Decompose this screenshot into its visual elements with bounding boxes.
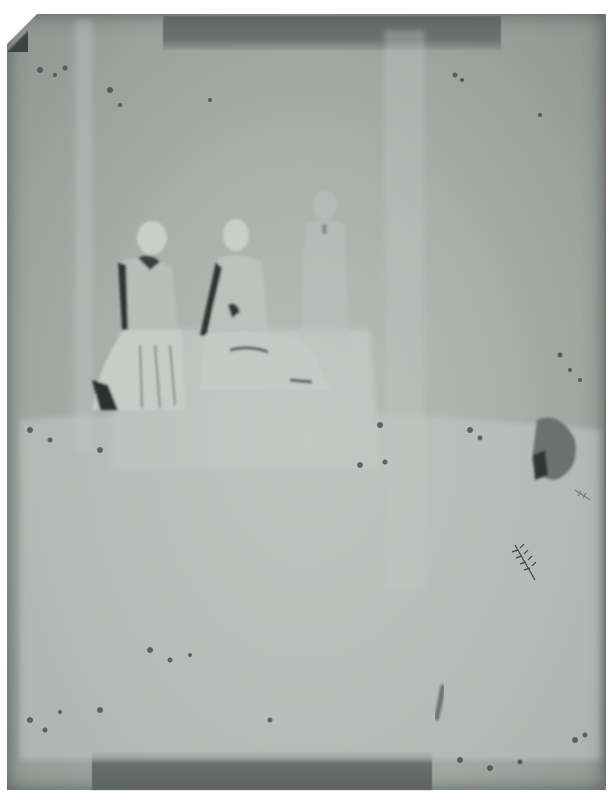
seated-woman-left (92, 221, 185, 410)
negative-scene (0, 0, 616, 800)
